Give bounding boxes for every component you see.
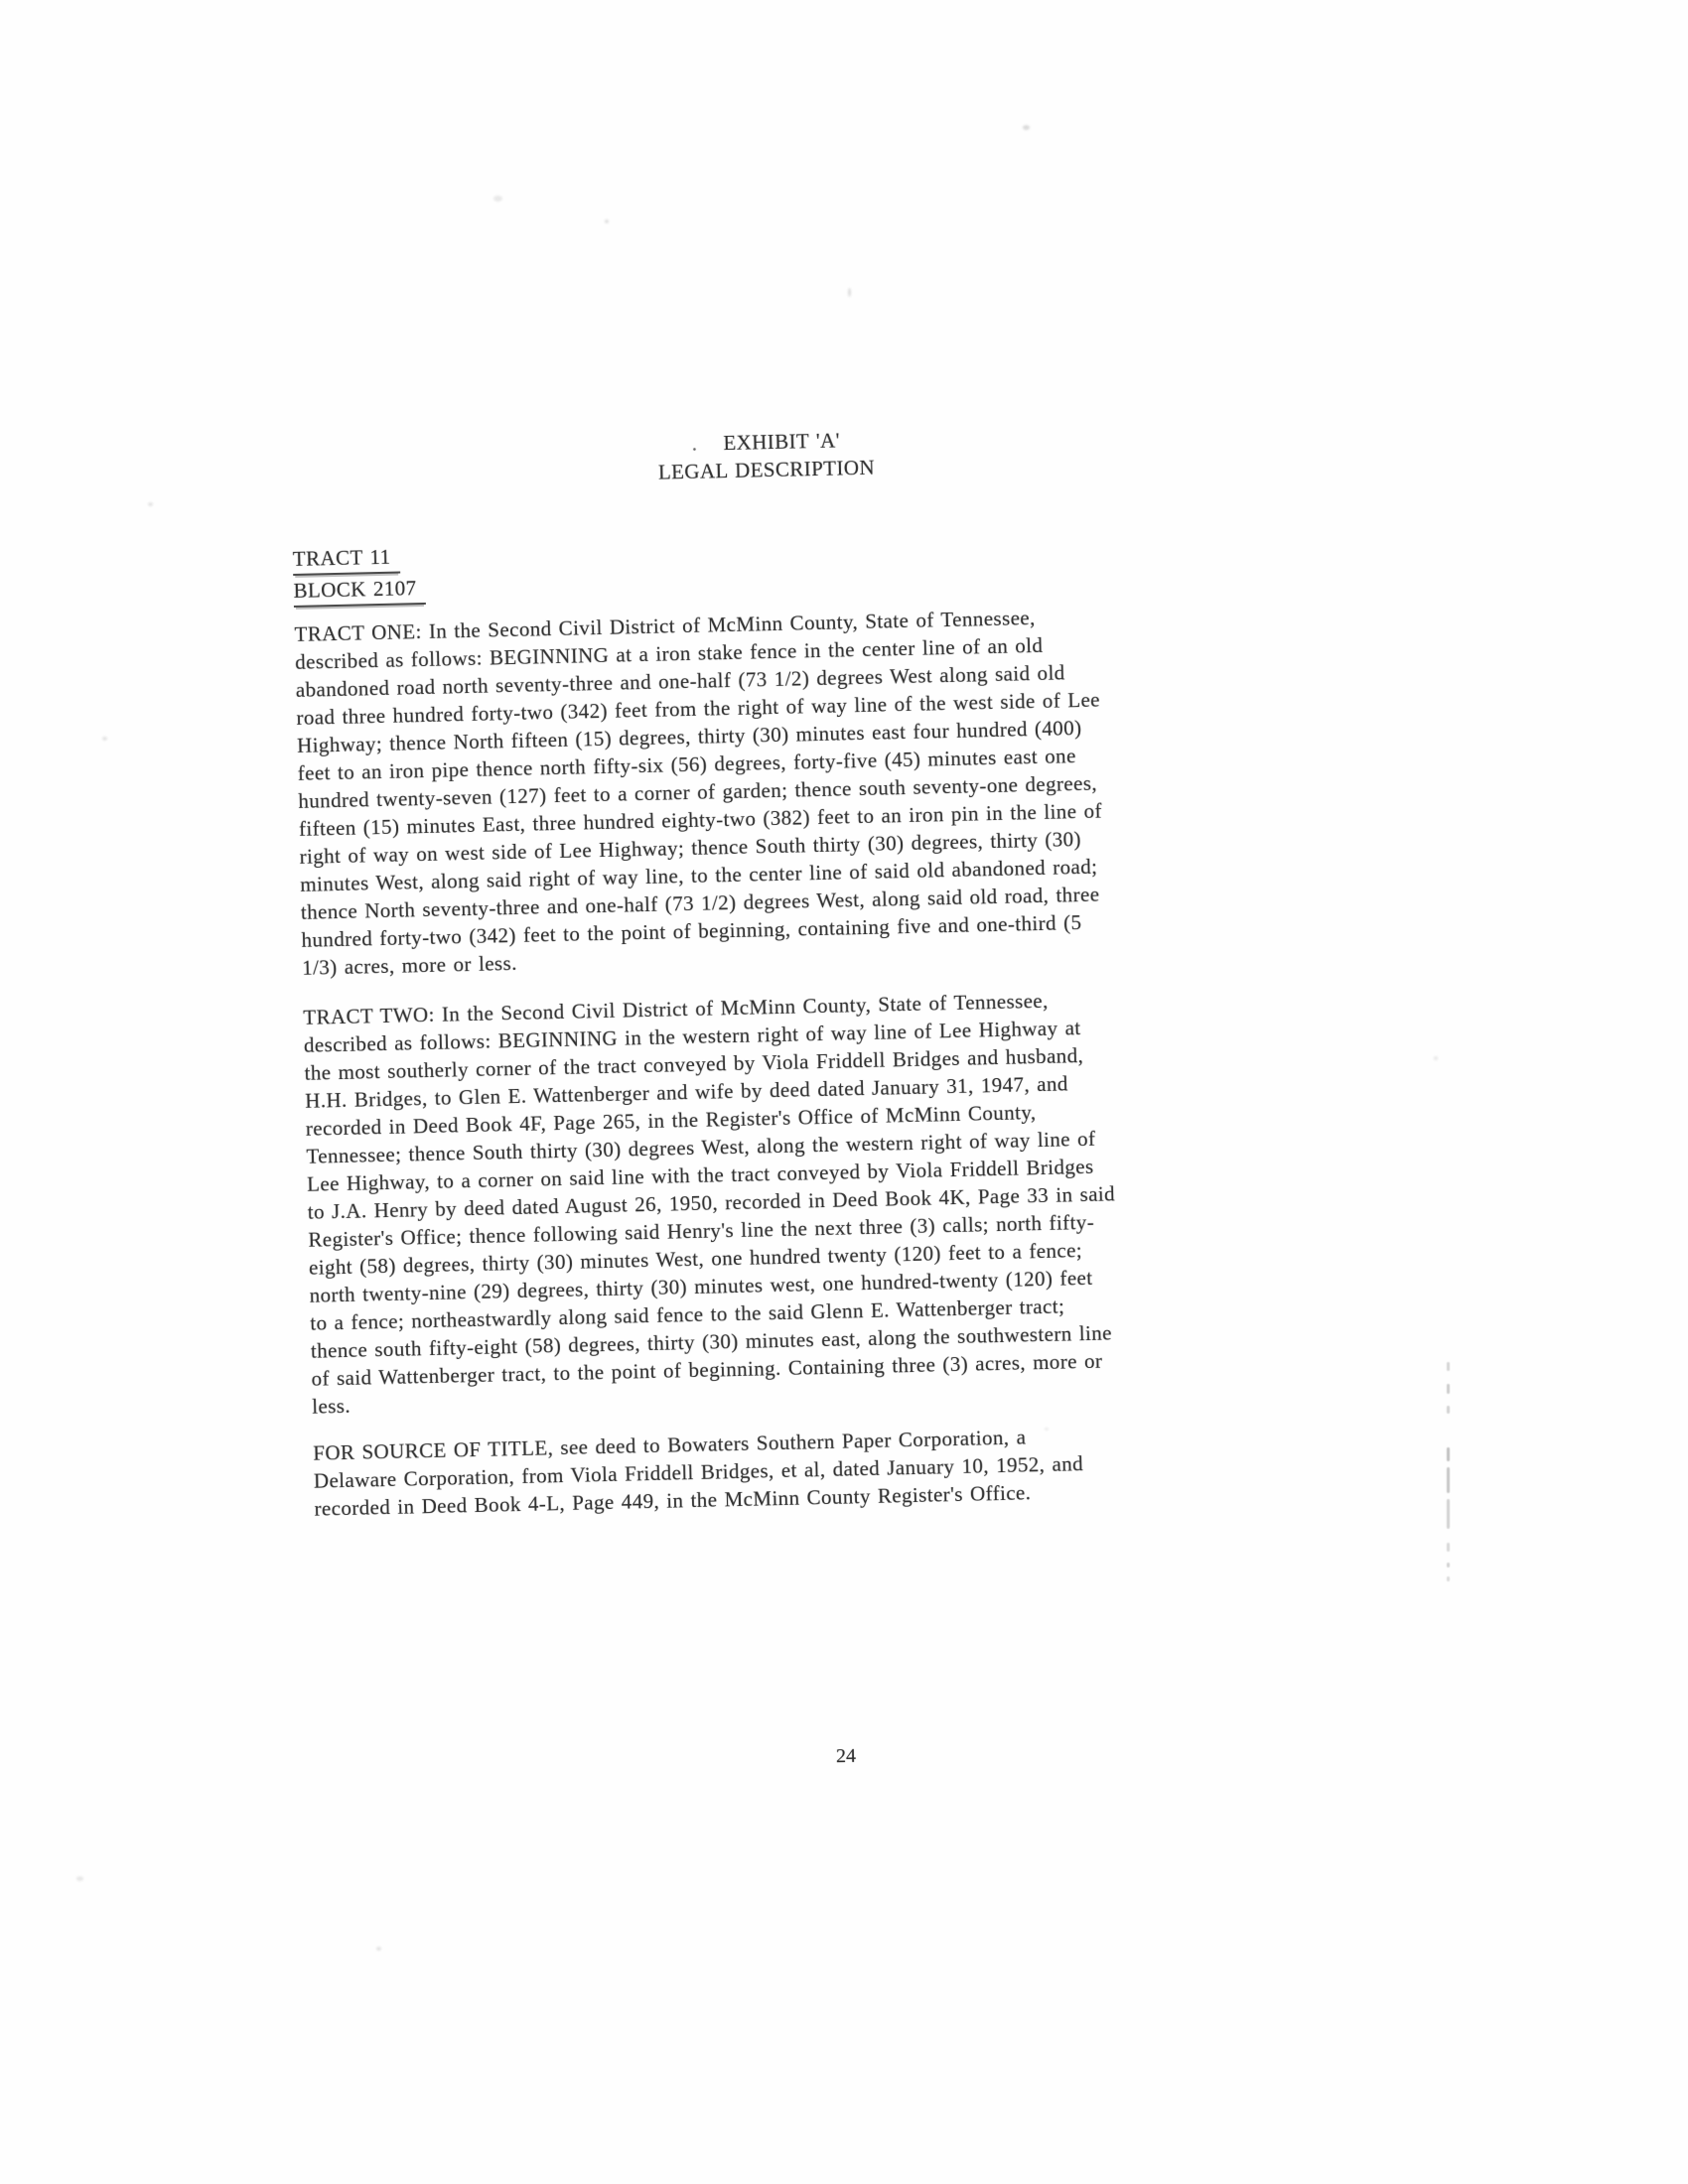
fold-mark-dash: [1447, 1384, 1450, 1394]
fold-mark-dash: [1447, 1576, 1450, 1581]
scanned-document-page: .EXHIBIT 'A' LEGAL DESCRIPTION TRACT 11 …: [0, 0, 1688, 2184]
paragraph-tract-two: TRACT TWO: In the Second Civil District …: [303, 982, 1290, 1421]
scan-speck: [1045, 1428, 1049, 1431]
tract-block-headers: TRACT 11 BLOCK 2107: [292, 522, 1271, 608]
page-number: 24: [836, 1745, 856, 1768]
scan-speck: [1434, 1056, 1438, 1060]
fold-mark-dash: [1447, 1406, 1450, 1414]
document-title: .EXHIBIT 'A' LEGAL DESCRIPTION: [290, 417, 1242, 494]
fold-mark-dash: [1447, 1563, 1450, 1568]
block-header: BLOCK 2107: [293, 573, 426, 608]
stray-ink-dot: .: [691, 430, 697, 458]
document-content: .EXHIBIT 'A' LEGAL DESCRIPTION TRACT 11 …: [290, 413, 1293, 1523]
scan-speck: [848, 288, 851, 297]
scan-speck: [605, 219, 609, 223]
scan-speck: [76, 1876, 83, 1881]
paragraph-source-of-title: FOR SOURCE OF TITLE, see deed to Bowater…: [313, 1417, 1293, 1522]
scan-speck: [148, 502, 153, 506]
fold-mark-artifacts: [1446, 1362, 1452, 1600]
fold-mark-dash: [1447, 1543, 1450, 1552]
fold-mark-dash: [1447, 1499, 1450, 1529]
exhibit-title: EXHIBIT 'A': [723, 428, 840, 455]
scan-speck: [1023, 125, 1030, 130]
fold-mark-dash: [1447, 1362, 1450, 1371]
scan-speck: [493, 196, 502, 202]
scan-speck: [376, 1947, 381, 1951]
fold-mark-dash: [1447, 1467, 1450, 1493]
tract-header: TRACT 11: [292, 542, 399, 576]
scan-speck: [102, 737, 107, 741]
paragraph-tract-one: TRACT ONE: In the Second Civil District …: [294, 599, 1280, 982]
fold-mark-dash: [1447, 1447, 1450, 1461]
